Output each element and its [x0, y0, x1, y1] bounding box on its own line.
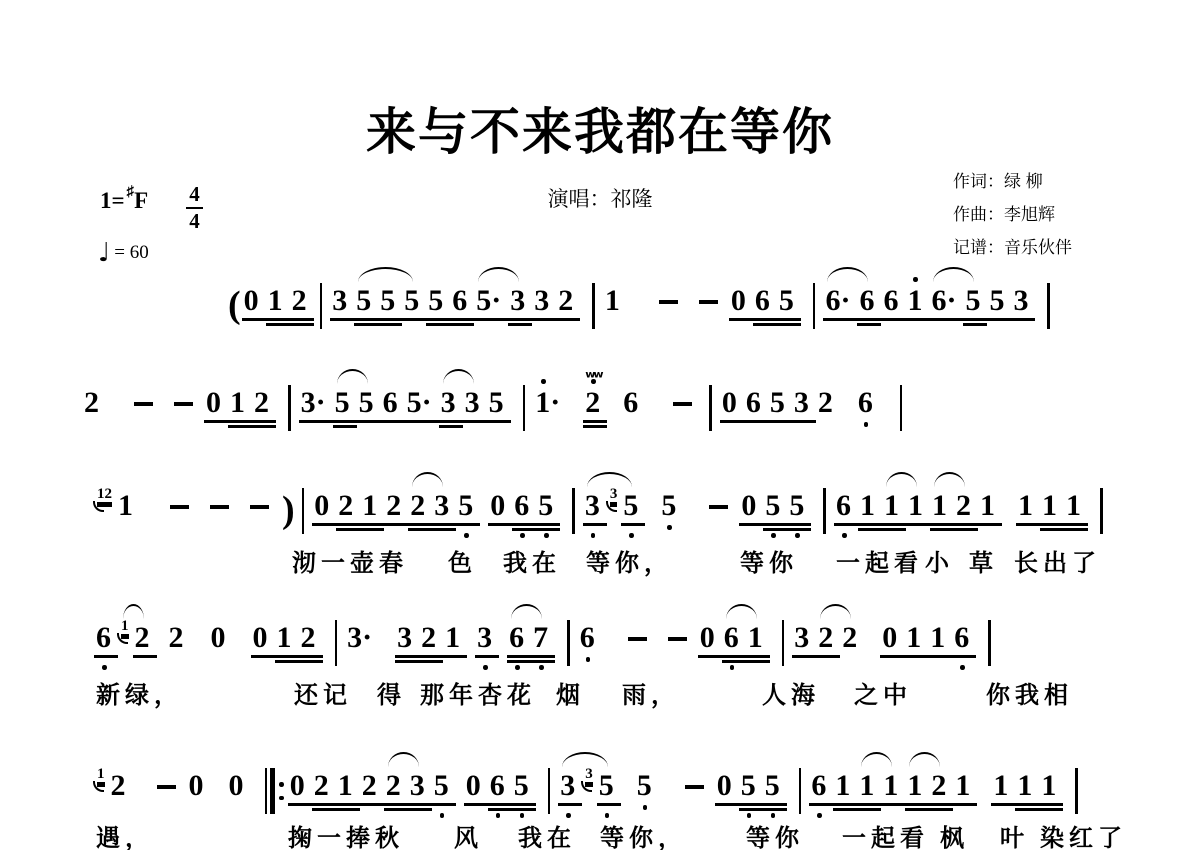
- note-digit: 0: [490, 489, 505, 522]
- barline: [1047, 283, 1050, 329]
- beam-line: [512, 808, 536, 811]
- beam-line: [333, 420, 357, 423]
- note-digit: 6: [859, 284, 874, 317]
- octave-dot-above: [913, 277, 918, 282]
- grace-note: 1: [121, 619, 129, 634]
- note: 2: [362, 771, 377, 801]
- note: 3: [534, 286, 549, 316]
- beam-line: [402, 318, 426, 321]
- note: 2: [254, 388, 269, 418]
- note: 1: [605, 286, 620, 316]
- beam-line: [739, 523, 763, 526]
- beam-line: [395, 660, 419, 663]
- notation-line-2: 20123·5565·3351·2ww6065326: [84, 386, 912, 418]
- beam-line: [833, 803, 857, 806]
- lyric-segment: 掬一捧秋: [288, 818, 404, 850]
- note: 1: [955, 771, 970, 801]
- beam-line: [508, 323, 532, 326]
- note: 1: [907, 771, 922, 801]
- note: 5·: [407, 388, 432, 418]
- barline: [592, 283, 595, 329]
- note-digit: 5: [356, 284, 371, 317]
- beam-line: [952, 655, 976, 658]
- beam-line: [729, 318, 753, 321]
- key-prefix: 1=: [100, 188, 125, 214]
- note-digit: 3·: [301, 386, 326, 419]
- beam-line: [881, 803, 905, 806]
- note: 2: [410, 491, 425, 521]
- beam-line: [753, 323, 777, 326]
- note: 6: [724, 623, 739, 653]
- parenthesis: (: [228, 290, 241, 320]
- song-title: 来与不来我都在等你: [0, 92, 1200, 164]
- note: 3: [510, 286, 525, 316]
- beam-line: [336, 528, 360, 531]
- note: 0: [314, 491, 329, 521]
- beam-line: [443, 655, 467, 658]
- note-digit: 5: [623, 489, 638, 522]
- lyric-segment: 那年杏花: [420, 675, 536, 710]
- beam-line: [558, 803, 582, 806]
- note-digit: 1: [1018, 489, 1033, 522]
- beam-line: [333, 425, 357, 428]
- lyric-segment: 一起看: [836, 543, 923, 578]
- note-digit: 2: [314, 769, 329, 802]
- beam-line: [426, 323, 450, 326]
- note: 6: [490, 771, 505, 801]
- barline: [823, 488, 826, 534]
- octave-dot-below: [629, 533, 634, 538]
- grace-digits: 3: [585, 766, 593, 782]
- note: 5: [380, 286, 395, 316]
- composer-credit: 作曲：李旭辉: [953, 198, 1072, 231]
- note-digit: 5: [458, 489, 473, 522]
- note-digit: 3: [794, 621, 809, 654]
- note-digit: 3·: [347, 621, 372, 654]
- note: 1: [884, 491, 899, 521]
- note-digit: 1: [860, 489, 875, 522]
- note: 3: [410, 771, 425, 801]
- slur-arc: [886, 472, 917, 487]
- note: 5: [765, 491, 780, 521]
- beam-line: [405, 420, 439, 423]
- beam-line: [991, 803, 1015, 806]
- slur-arc: [337, 369, 368, 384]
- lyric-segment: 枫: [940, 818, 969, 850]
- beam-line: [905, 808, 929, 811]
- duration-dash: [170, 505, 189, 509]
- grace-digits: 3: [610, 486, 618, 502]
- beam-line: [408, 523, 432, 526]
- lyric-segment: 叶: [1000, 818, 1029, 850]
- note-digit: 1: [859, 769, 874, 802]
- note: 3: [434, 491, 449, 521]
- note: 5: [434, 771, 449, 801]
- octave-dot-below: [464, 533, 469, 538]
- beam-line: [536, 528, 560, 531]
- note-digit: 5: [489, 386, 504, 419]
- note: 2: [558, 286, 573, 316]
- beam-line: [763, 528, 787, 531]
- grace-digits: 1: [121, 618, 129, 634]
- note: 1: [1042, 491, 1057, 521]
- note-digit: 0: [722, 386, 737, 419]
- beam-line: [133, 655, 157, 658]
- beam-line: [722, 655, 746, 658]
- note-digit: 1: [930, 621, 945, 654]
- beam-line: [464, 803, 488, 806]
- beam-line: [906, 523, 930, 526]
- note-digit: 1: [445, 621, 460, 654]
- beam-line: [1040, 523, 1064, 526]
- beam-line: [312, 808, 336, 811]
- note: 0: [882, 623, 897, 653]
- note-digit: 1: [338, 769, 353, 802]
- note-digit: 5: [779, 284, 794, 317]
- note-digit: 5: [989, 284, 1004, 317]
- note-digit: 6: [811, 769, 826, 802]
- note-digit: 2: [818, 621, 833, 654]
- note-digit: 5: [637, 769, 652, 802]
- lyric-segment: 染红了: [1040, 818, 1127, 850]
- repeat-dot: [279, 782, 284, 787]
- barline: [320, 283, 323, 329]
- lyric-segment: 人海: [762, 675, 820, 710]
- beam-line: [787, 528, 811, 531]
- beam-line: [378, 318, 402, 321]
- note-digit: 2: [585, 386, 600, 419]
- beam-line: [929, 803, 953, 806]
- note-digit: 0: [314, 489, 329, 522]
- note: 5: [404, 286, 419, 316]
- barline: [1075, 768, 1078, 814]
- note: 1: [230, 388, 245, 418]
- note: 1: [118, 491, 133, 521]
- slur-arc: [934, 472, 965, 487]
- beam-line: [930, 523, 954, 526]
- note: 2: [842, 623, 857, 653]
- note: 1: [835, 771, 850, 801]
- note: 5: [770, 388, 785, 418]
- note-digit: 1: [1017, 769, 1032, 802]
- note-digit: 0: [253, 621, 268, 654]
- beam-line: [275, 660, 299, 663]
- octave-dot-below: [842, 533, 847, 538]
- note-digit: 3: [441, 386, 456, 419]
- note-digit: 3: [560, 769, 575, 802]
- barline: [813, 283, 816, 329]
- note-digit: 5: [765, 489, 780, 522]
- beam-line: [954, 528, 978, 531]
- note: 6: [746, 388, 761, 418]
- slur-arc: [358, 267, 413, 282]
- note-digit: 0: [211, 621, 226, 654]
- lyric-segment: 等你，: [586, 543, 673, 578]
- note-digit: 7: [533, 621, 548, 654]
- note: 6: [858, 388, 873, 418]
- octave-dot-below: [667, 525, 672, 530]
- beam-line: [834, 523, 858, 526]
- beam-line: [354, 323, 378, 326]
- note-digit: 6: [96, 621, 111, 654]
- beam-line: [474, 318, 508, 321]
- octave-dot-below: [795, 533, 800, 538]
- beam-line: [963, 323, 987, 326]
- beam-line: [753, 318, 777, 321]
- note: 6: [954, 623, 969, 653]
- beam-line: [532, 318, 556, 321]
- note-digit: 5: [404, 284, 419, 317]
- note: 5: [428, 286, 443, 316]
- note: 3: [794, 388, 809, 418]
- slur-arc: [933, 267, 974, 282]
- beam-line: [450, 323, 474, 326]
- lyric-segment: 我在: [503, 543, 561, 578]
- lyric-segment: 我在: [518, 818, 576, 850]
- beam-line: [275, 655, 299, 658]
- note: 3: [1013, 286, 1028, 316]
- note: 5: [989, 286, 1004, 316]
- beam-line: [763, 523, 787, 526]
- note-digit: 5: [380, 284, 395, 317]
- barline: [1100, 488, 1103, 534]
- lyric-segment: 得: [377, 675, 406, 710]
- note: 5: [356, 286, 371, 316]
- note: 2: [386, 771, 401, 801]
- key-signature: 1=♯F: [100, 188, 148, 214]
- note: 5: [965, 286, 980, 316]
- octave-dot-below: [586, 657, 591, 662]
- note-digit: 5: [965, 284, 980, 317]
- note-digit: 1: [883, 769, 898, 802]
- note: 3: [465, 388, 480, 418]
- note: 5: [789, 491, 804, 521]
- beam-line: [722, 660, 746, 663]
- note: 1: [1041, 771, 1056, 801]
- note: 6: [509, 623, 524, 653]
- note: 0: [244, 286, 259, 316]
- note-digit: 2: [135, 621, 150, 654]
- beam-line: [905, 803, 929, 806]
- octave-dot-below: [544, 533, 549, 538]
- beam-line: [288, 803, 312, 806]
- note: 6: [883, 286, 898, 316]
- note: 1·: [535, 388, 560, 418]
- lyric-segment: 一起看: [842, 818, 929, 850]
- note-digit: 3: [332, 284, 347, 317]
- note: 6: [755, 286, 770, 316]
- note-digit: 0: [882, 621, 897, 654]
- note-digit: 1: [907, 769, 922, 802]
- barline: [288, 385, 291, 431]
- note: 2: [111, 771, 126, 801]
- note: 5: [661, 491, 676, 521]
- note: 2: [818, 388, 833, 418]
- beam-line: [857, 318, 881, 321]
- note: 1: [445, 623, 460, 653]
- duration-dash: [250, 505, 269, 509]
- beam-line: [1016, 523, 1040, 526]
- beam-line: [336, 803, 360, 806]
- lyric-segment: 等你，: [600, 818, 687, 850]
- note: 1: [1066, 491, 1081, 521]
- slur-arc: [726, 604, 757, 619]
- beam-line: [1015, 803, 1039, 806]
- note: 6: [452, 286, 467, 316]
- note: 3: [477, 623, 492, 653]
- note: 0: [731, 286, 746, 316]
- note: 1: [980, 491, 995, 521]
- note-digit: 3: [585, 489, 600, 522]
- beam-line: [378, 323, 402, 326]
- note-digit: 1: [835, 769, 850, 802]
- beam-line: [336, 808, 360, 811]
- note: 5: [458, 491, 473, 521]
- slur-arc: [388, 752, 419, 767]
- note: 5: [741, 771, 756, 801]
- lyrics-line-1: 沏一壶春色我在等你，等你一起看小草长出了: [0, 543, 1200, 573]
- note: 3·: [301, 388, 326, 418]
- beam-line: [419, 655, 443, 658]
- slur-arc: [909, 752, 940, 767]
- note: 1: [908, 491, 923, 521]
- beam-line: [930, 528, 954, 531]
- note: 2: [314, 771, 329, 801]
- beam-line: [881, 318, 905, 321]
- note: 1: [362, 491, 377, 521]
- note: 6·: [931, 286, 956, 316]
- note: 2: [931, 771, 946, 801]
- lyric-segment: 还记: [294, 675, 352, 710]
- note: 2ww: [585, 388, 600, 418]
- slur-arc: [861, 752, 892, 767]
- beam-line: [954, 523, 978, 526]
- note: 2: [301, 623, 316, 653]
- note: 3: [560, 771, 575, 801]
- note: 5: [637, 771, 652, 801]
- note-digit: 1: [748, 621, 763, 654]
- slur-arc: [587, 472, 632, 487]
- barline: [900, 385, 903, 431]
- duration-dash: [157, 785, 176, 789]
- beam-line: [777, 323, 801, 326]
- beam-line: [408, 528, 432, 531]
- lyric-segment: 草: [969, 543, 998, 578]
- note: 1: [1017, 771, 1032, 801]
- lyrics-line-2: 新绿，还记得那年杏花烟雨，人海之中你我相: [0, 675, 1200, 705]
- note-digit: 5·: [476, 284, 501, 317]
- sharp-icon: ♯: [127, 184, 135, 201]
- beam-line: [882, 528, 906, 531]
- beam-line: [531, 660, 555, 663]
- note: 5: [335, 388, 350, 418]
- note-digit: 1·: [535, 386, 560, 419]
- duration-dash: [628, 637, 647, 641]
- beam-line: [408, 803, 432, 806]
- note: 3: [441, 388, 456, 418]
- beam-line: [1040, 528, 1064, 531]
- slur-arc: [412, 472, 443, 487]
- grace-note: 3: [585, 767, 593, 782]
- note-digit: 6: [383, 386, 398, 419]
- beam-line: [880, 655, 904, 658]
- barline: [709, 385, 712, 431]
- note: 1: [268, 286, 283, 316]
- beam-line: [384, 523, 408, 526]
- note-digit: 6: [490, 769, 505, 802]
- lyric-segment: 色: [448, 543, 477, 578]
- lyric-segment: 小: [925, 543, 954, 578]
- note-digit: 0: [244, 284, 259, 317]
- note: 2: [84, 388, 99, 418]
- note: 6: [623, 388, 638, 418]
- note-digit: 0: [466, 769, 481, 802]
- note-digit: 2: [292, 284, 307, 317]
- note-digit: 2: [818, 386, 833, 419]
- beam-line: [266, 323, 290, 326]
- note-digit: 5: [599, 769, 614, 802]
- beam-line: [512, 528, 536, 531]
- note: 1: [932, 491, 947, 521]
- note: 2: [421, 623, 436, 653]
- note: 0: [206, 388, 221, 418]
- beam-line: [381, 420, 405, 423]
- note-digit: 5: [661, 489, 676, 522]
- note: 6: [836, 491, 851, 521]
- notation-line-4: 612200123·32136760613220116: [96, 621, 1001, 653]
- beam-line: [833, 808, 857, 811]
- beam-line: [792, 655, 816, 658]
- beam-line: [536, 523, 560, 526]
- parenthesis: ): [282, 495, 295, 525]
- time-signature-top: 4: [186, 184, 203, 205]
- beam-line: [953, 803, 977, 806]
- note-digit: 5: [789, 489, 804, 522]
- beam-line: [488, 523, 512, 526]
- note: 0: [700, 623, 715, 653]
- beam-line: [439, 425, 463, 428]
- beam-line: [512, 523, 536, 526]
- octave-dot-below: [771, 533, 776, 538]
- note-digit: 5: [765, 769, 780, 802]
- note: 1: [930, 623, 945, 653]
- beam-line: [763, 808, 787, 811]
- note: 0: [741, 491, 756, 521]
- beam-line: [1039, 803, 1063, 806]
- note: 3: [794, 623, 809, 653]
- grace-note: 12: [97, 487, 112, 502]
- note: 2: [956, 491, 971, 521]
- note: 1: [338, 771, 353, 801]
- beam-line: [228, 425, 252, 428]
- grace-note: 3: [610, 487, 618, 502]
- note: 2: [135, 623, 150, 653]
- note-digit: 1: [362, 489, 377, 522]
- duration-dash: [709, 505, 728, 509]
- note: 0: [466, 771, 481, 801]
- note-digit: 2: [558, 284, 573, 317]
- note-digit: 5: [359, 386, 374, 419]
- barline: [567, 620, 570, 666]
- note-digit: 5: [770, 386, 785, 419]
- note-digit: 6: [623, 386, 638, 419]
- note: 3: [585, 491, 600, 521]
- note-digit: 1: [906, 621, 921, 654]
- beam-line: [336, 523, 360, 526]
- note-digit: 2: [386, 489, 401, 522]
- note-digit: 1: [908, 489, 923, 522]
- repeat-sign-icon: [265, 768, 284, 814]
